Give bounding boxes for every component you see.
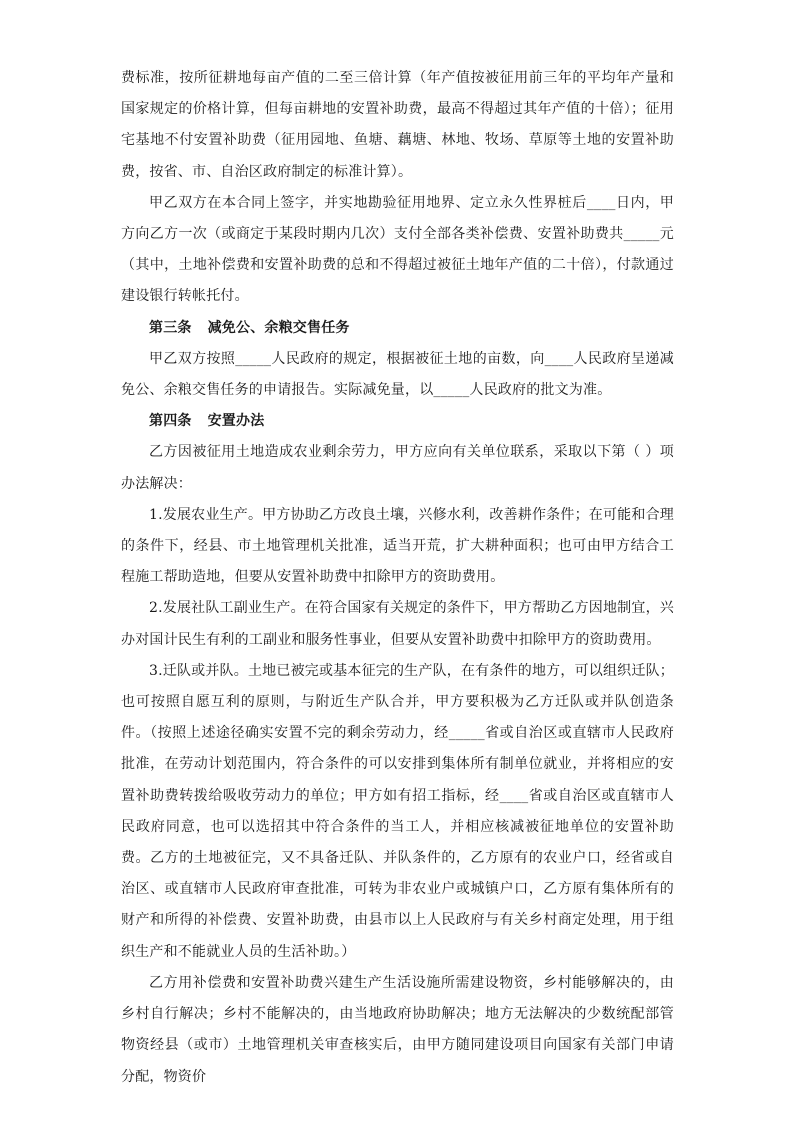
- paragraph-grain-quota-reduction: 甲乙双方按照_____人民政府的规定，根据被征土地的亩数，向____人民政府呈递…: [121, 344, 674, 406]
- paragraph-option-2: 2.发展社队工副业生产。在符合国家有关规定的条件下，甲方帮助乙方因地制宜，兴办对…: [121, 593, 674, 655]
- paragraph-compensation-standard: 费标准，按所征耕地每亩产值的二至三倍计算（年产值按被征用前三年的平均年产量和国家…: [121, 63, 674, 188]
- paragraph-option-3: 3.迁队或并队。土地已被完或基本征完的生产队，在有条件的地方，可以组织迁队；也可…: [121, 656, 674, 968]
- article-4-title: 安置办法: [208, 413, 265, 429]
- paragraph-construction-materials: 乙方用补偿费和安置补助费兴建生产生活设施所需建设物资，乡村能够解决的，由乡村自行…: [121, 968, 674, 1093]
- paragraph-payment-terms: 甲乙双方在本合同上签字，并实地勘验征用地界、定立永久性界桩后____日内，甲方向…: [121, 188, 674, 313]
- paragraph-option-1: 1.发展农业生产。甲方协助乙方改良土壤，兴修水利，改善耕作条件；在可能和合理的条…: [121, 500, 674, 594]
- article-3-title: 减免公、余粮交售任务: [208, 320, 350, 336]
- paragraph-resettlement-intro: 乙方因被征用土地造成农业剩余劳力，甲方应向有关单位联系，采取以下第（ ）项办法解…: [121, 437, 674, 499]
- article-4-number: 第四条: [149, 413, 192, 429]
- document-page: 费标准，按所征耕地每亩产值的二至三倍计算（年产值按被征用前三年的平均年产量和国家…: [121, 63, 674, 1093]
- article-3-heading: 第三条减免公、余粮交售任务: [121, 313, 674, 344]
- article-3-number: 第三条: [149, 320, 192, 336]
- article-4-heading: 第四条安置办法: [121, 406, 674, 437]
